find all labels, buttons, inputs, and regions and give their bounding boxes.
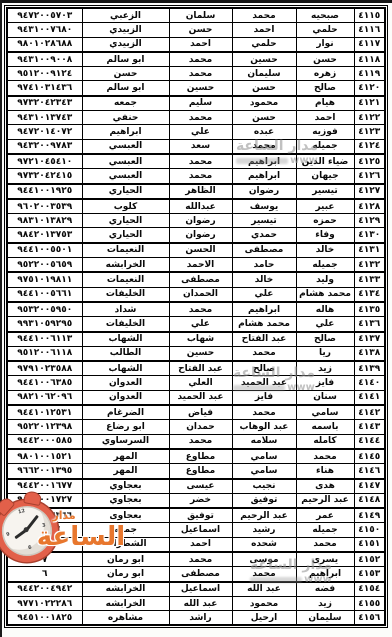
cell-family: الحياري xyxy=(82,228,169,243)
table-row: ٤١٣٩زيدصالحعبد الفتاحالشهاب٩٧٩١٠٢٣٥٨٨ xyxy=(7,361,385,376)
cell-first: عمر xyxy=(296,508,354,523)
cell-grand: الاحمد xyxy=(169,258,232,273)
cell-grand: عبد الحميد xyxy=(169,390,232,405)
cell-phone: ٩٤٤٢٠٠٤٩٤٢ xyxy=(7,582,82,597)
cell-family: الشطرات xyxy=(82,537,169,552)
cell-phone: ٩٨٠١٠٢٨٦٨٨ xyxy=(7,37,82,52)
cell-father: فايز xyxy=(232,390,296,405)
page-left-edge xyxy=(0,0,2,637)
cell-family: بعجاوى xyxy=(82,508,169,523)
cell-family: كلوب xyxy=(82,199,169,214)
cell-first: هيام xyxy=(296,96,354,111)
cell-first: خالد xyxy=(296,243,354,258)
cell-family: شداد xyxy=(82,302,169,317)
cell-family: حسن xyxy=(82,67,169,81)
cell-grand: مصطفى xyxy=(169,272,232,287)
cell-grand: مطاوع xyxy=(169,464,232,479)
cell-phone: ٩٥٢٢٠١٢٣٩٨ xyxy=(7,420,82,434)
cell-phone: ٩٤٥١٠٠١٨٢٥ xyxy=(7,611,82,626)
cell-grand: الحمدان xyxy=(169,287,232,302)
cell-first: احمد xyxy=(296,111,354,125)
cell-grand: علي xyxy=(169,125,232,139)
cell-family: بعجاوي xyxy=(82,479,169,494)
cell-grand: محمد xyxy=(169,434,232,449)
table-row: ٤١٣٢جميلهحامدالاحمدالخرابشه٩٥٢٢٠٠٥٦٥٩ xyxy=(7,258,385,273)
cell-family: العبسي xyxy=(82,154,169,169)
cell-grand: محمد xyxy=(169,67,232,81)
cell-first: وليد xyxy=(296,272,354,287)
cell-phone: ٩٤٤١٠٠٥٦٦١ xyxy=(7,287,82,302)
cell-father: يوسف xyxy=(232,199,296,214)
scanned-page: ٤١١٥صبحيهمحمدسلمانالزعبي٩٤٧٢٠٠٥٧٠٣٤١١٦حل… xyxy=(0,0,392,637)
cell-id: ٤١٥٢ xyxy=(354,552,385,567)
cell-father: محمد xyxy=(232,567,296,582)
cell-first: هدى xyxy=(296,479,354,494)
cell-phone: ٩٥١٢٠٠٩١٢٤ xyxy=(7,67,82,81)
cell-first: ضياء الدين xyxy=(296,154,354,169)
cell-father: ابراهيم xyxy=(232,169,296,184)
cell-phone: ٩ xyxy=(7,537,82,552)
cell-grand: رضوان xyxy=(169,228,232,243)
cell-first: هناء xyxy=(296,464,354,479)
cell-father: خالد xyxy=(232,272,296,287)
cell-phone: ٩٤٤١٠٠٦٣٨٥ xyxy=(7,376,82,390)
cell-family: النعيمات xyxy=(82,272,169,287)
cell-phone: ٩٧٣٢٠٤٢٣٤٣ xyxy=(7,96,82,111)
cell-first: نوار xyxy=(296,37,354,52)
table-row: ٤١٤٨عبد الرحيمتوفيقخضربعجاوي٩٤٠١٠٠١٧٢٧ xyxy=(7,493,385,508)
cell-phone: ٧ xyxy=(7,552,82,567)
cell-grand: مطاوع xyxy=(169,449,232,464)
cell-phone: ٩٨٤٢٠١٣٧٥٣ xyxy=(7,228,82,243)
cell-phone: ٩٦٠٢٠٠٣٥٣٩ xyxy=(7,199,82,214)
cell-family: المهر xyxy=(82,449,169,464)
cell-phone: ٩٧٩١٠٢٣٥٨٨ xyxy=(7,361,82,376)
cell-father: عبده xyxy=(232,125,296,139)
cell-phone: ٩٨٢١٠٦٢٠٩٦ xyxy=(7,390,82,405)
cell-id: ٤١١٧ xyxy=(354,37,385,52)
table-row: ٤١٢٧تيسيررضوانالظاهرالحياري٩٤٤١٠٠١٩٢٥ xyxy=(7,184,385,199)
cell-first: سنان xyxy=(296,390,354,405)
table-row: ٤١١٩زهرهسليمانمحمدحسن٩٥١٢٠٠٩١٢٤ xyxy=(7,67,385,81)
cell-grand: محمد xyxy=(169,552,232,567)
cell-id: ٤١٥٠ xyxy=(354,523,385,537)
cell-family: مشاهره xyxy=(82,611,169,626)
cell-phone: ٩٤٣١٠٠٩٠٠٨ xyxy=(7,52,82,67)
cell-first: صالح xyxy=(296,81,354,96)
cell-first: يسرى xyxy=(296,552,354,567)
cell-first: فضه xyxy=(296,582,354,597)
cell-id: ٤١٣٩ xyxy=(354,361,385,376)
cell-id: ٤١٤٨ xyxy=(354,493,385,508)
cell-father: تيسير xyxy=(232,214,296,228)
cell-grand: مصطفى xyxy=(169,567,232,582)
cell-grand: الظاهر xyxy=(169,184,232,199)
cell-first: محمد xyxy=(296,537,354,552)
table-row: ٤١٤٣باسمهعبد الوهابحمدانابو رضاع٩٥٢٢٠١٢٣… xyxy=(7,420,385,434)
cell-first: عبير xyxy=(296,199,354,214)
cell-phone: ٦ xyxy=(7,567,82,582)
cell-id: ٤١٢٤ xyxy=(354,139,385,154)
cell-grand: رضوان xyxy=(169,214,232,228)
cell-family: الضرغام xyxy=(82,405,169,420)
table-row: ٤١٣٨ريامحمدحسينالطالب٩٥١٢٠٠٦١١٨ xyxy=(7,346,385,361)
cell-father: موسى xyxy=(232,552,296,567)
cell-family: بعجاوي xyxy=(82,493,169,508)
cell-family: العدوان xyxy=(82,390,169,405)
cell-family: الحياري xyxy=(82,184,169,199)
cell-father: صالح xyxy=(232,361,296,376)
cell-first: هاله xyxy=(296,302,354,317)
cell-id: ٤١٢٣ xyxy=(354,125,385,139)
cell-first: عبد الرحيم xyxy=(296,493,354,508)
cell-id: ٤١٤٧ xyxy=(354,479,385,494)
cell-grand: حسين xyxy=(169,81,232,96)
cell-id: ٤١٣٤ xyxy=(354,287,385,302)
cell-family: الخليفات xyxy=(82,317,169,332)
cell-family: ابو سالم xyxy=(82,52,169,67)
cell-id: ٤١٣١ xyxy=(354,243,385,258)
table-row: ٤١١٨حسنحسينمحمدابو سالم٩٤٣١٠٠٩٠٠٨ xyxy=(7,52,385,67)
cell-id: ٤١٤٦ xyxy=(354,464,385,479)
cell-grand: حسين xyxy=(169,346,232,361)
cell-grand: محمد xyxy=(169,169,232,184)
cell-family: الطالب xyxy=(82,346,169,361)
table-row: ٤١١٥صبحيهمحمدسلمانالزعبي٩٤٧٢٠٠٥٧٠٣ xyxy=(7,8,385,23)
table-row: ٤١١٧نوارحلمياحمدالزبيدي٩٨٠١٠٢٨٦٨٨ xyxy=(7,37,385,52)
cell-family: جمعه xyxy=(82,96,169,111)
cell-first: وفاء xyxy=(296,228,354,243)
cell-phone: ٩٤٤١٠١٢٥٣١ xyxy=(7,405,82,420)
cell-id: ٤١٢٧ xyxy=(354,184,385,199)
cell-phone: ٩٨٠١٠٠١٥٢١ xyxy=(7,449,82,464)
cell-id: ٤١١٦ xyxy=(354,23,385,37)
table-row: ٤١٥٣ابراهيممحمدمصطفىابو رمان٦ xyxy=(7,567,385,582)
cell-id: ٤١٢٢ xyxy=(354,111,385,125)
cell-father: حسين xyxy=(232,52,296,67)
cell-father: حلمي xyxy=(232,37,296,52)
cell-grand: توفيق xyxy=(169,508,232,523)
cell-id: ٤١٣٦ xyxy=(354,317,385,332)
cell-id: ٤١٢٠ xyxy=(354,81,385,96)
cell-id: ٤١٤٢ xyxy=(354,405,385,420)
cell-id: ٤١١٩ xyxy=(354,67,385,81)
cell-phone: ٠٠٣٤٧٤ xyxy=(7,523,82,537)
cell-family: الشهاب xyxy=(82,361,169,376)
cell-father: حسن xyxy=(232,111,296,125)
cell-father: سلامه xyxy=(232,434,296,449)
cell-id: ٤١٥٦ xyxy=(354,611,385,626)
cell-father: عبد الحميد xyxy=(232,376,296,390)
table-row: ٤١٣٦عليمحمد هشامعليالخليفات٩٩٣١٠٥٩٢٩٥ xyxy=(7,317,385,332)
table-row: ٤١٢٤جميلهمحمدسعدالعبسي٩٤٣٢٠٠٩٧٨٣ xyxy=(7,139,385,154)
cell-id: ٤١٣٨ xyxy=(354,346,385,361)
cell-first: حمزه xyxy=(296,214,354,228)
table-row: ٤١٢٠صالححسنحسينابو سالم٩٧٤١٠٣١٤٣٦ xyxy=(7,81,385,96)
table-row: ٤١٣١خالدمصطفىالحسنالنعيمات٩٤٤١٠٠٥٥٠١ xyxy=(7,243,385,258)
cell-father: ارحيل xyxy=(232,611,296,626)
cell-grand: راشد xyxy=(169,611,232,626)
cell-first: زيد xyxy=(296,361,354,376)
cell-id: ٤١٢١ xyxy=(354,96,385,111)
cell-grand: حمدان xyxy=(169,420,232,434)
cell-family: الخرابشه xyxy=(82,258,169,273)
cell-phone: ٩٤٠١٠٠١٧٢٧ xyxy=(7,493,82,508)
cell-phone: ٩٧٣٢٠٤٢٤١٥ xyxy=(7,169,82,184)
cell-phone: ٩٥٣٢٠٠٥٩٥٠ xyxy=(7,302,82,317)
cell-father: ابراهيم xyxy=(232,154,296,169)
cell-family: السرساوي xyxy=(82,434,169,449)
cell-family: ابو سالم xyxy=(82,81,169,96)
cell-phone: ٩٧٥١٠١٩٨١١ xyxy=(7,272,82,287)
cell-grand: محمد xyxy=(169,111,232,125)
cell-father: عبد الفتاح xyxy=(232,332,296,347)
cell-father: توفيق xyxy=(232,493,296,508)
cell-family: الزعبي xyxy=(82,8,169,23)
cell-first: جميله xyxy=(296,523,354,537)
cell-father: محمد xyxy=(232,405,296,420)
cell-first: محمد xyxy=(296,449,354,464)
table-row: ٤١٣٤محمد هشامعليالحمدانالخليفات٩٤٤١٠٠٥٦٦… xyxy=(7,287,385,302)
table-row: ٤١٢٨عبيريوسفعبداللهكلوب٩٦٠٢٠٠٣٥٣٩ xyxy=(7,199,385,214)
cell-first: جيهان xyxy=(296,169,354,184)
cell-phone: ٩٤٧٢٠٠٥٧٠٣ xyxy=(7,8,82,23)
cell-first: زيد xyxy=(296,596,354,610)
table-row: ٤١٥٥زيدمحمودعبد اللهالخرابشه٩٧٧١٠٢٢٢٨٦ xyxy=(7,596,385,610)
table-row: ٤١٢٥ضياء الدينابراهيممحمدالعبسي٩٧٢١٠٤٥٤١… xyxy=(7,154,385,169)
table-row: ٤١٤١سنانفايزعبد الحميدالعدوان٩٨٢١٠٦٢٠٩٦ xyxy=(7,390,385,405)
cell-grand: عبد الله xyxy=(169,596,232,610)
cell-first: حلمي xyxy=(296,23,354,37)
cell-father: حامد xyxy=(232,258,296,273)
cell-grand: العلي xyxy=(169,376,232,390)
cell-phone: ٩٤٤١٠٠٦١١٣ xyxy=(7,332,82,347)
table-row: ٤١٥٢يسرىموسىمحمدابو رمان٧ xyxy=(7,552,385,567)
cell-father: نجيب xyxy=(232,479,296,494)
cell-phone: ٩٥١٢٠٠٦١١٨ xyxy=(7,346,82,361)
cell-phone: ٩٧٤١٠٣١٤٣٦ xyxy=(7,81,82,96)
cell-father: ابراهيم xyxy=(232,302,296,317)
cell-phone: ٩٨٣١٠١٣٨٢٩ xyxy=(7,214,82,228)
cell-father: عبد الوهاب xyxy=(232,420,296,434)
registry-table: ٤١١٥صبحيهمحمدسلمانالزعبي٩٤٧٢٠٠٥٧٠٣٤١١٦حل… xyxy=(6,7,386,626)
page-top-edge xyxy=(0,0,392,3)
cell-first: باسمه xyxy=(296,420,354,434)
cell-id: ٤١٣٥ xyxy=(354,302,385,317)
cell-family: العدوان xyxy=(82,376,169,390)
cell-father: عبد الله xyxy=(232,582,296,597)
cell-family: الشهاب xyxy=(82,332,169,347)
table-body: ٤١١٥صبحيهمحمدسلمانالزعبي٩٤٧٢٠٠٥٧٠٣٤١١٦حل… xyxy=(7,8,385,625)
table-row: ٤١٤٥محمدساميمطاوعالمهر٩٨٠١٠٠١٥٢١ xyxy=(7,449,385,464)
table-row: ٤١٥٦سليمانارحيلراشدمشاهره٩٤٥١٠٠١٨٢٥ xyxy=(7,611,385,626)
cell-id: ٤١٤٠ xyxy=(354,376,385,390)
cell-first: ابراهيم xyxy=(296,567,354,582)
cell-first: ريا xyxy=(296,346,354,361)
table-row: ٤١٤٦هناءساميمطاوعالمهر٩٦٦٢٠٠١٣٩٥ xyxy=(7,464,385,479)
cell-id: ٤١٤٩ xyxy=(354,508,385,523)
cell-family: الزبيدي xyxy=(82,37,169,52)
cell-id: ٤١٣٧ xyxy=(354,332,385,347)
cell-father: محمد xyxy=(232,346,296,361)
cell-father: سامي xyxy=(232,449,296,464)
cell-father: محمد xyxy=(232,8,296,23)
cell-id: ٤١٣٢ xyxy=(354,258,385,273)
table-row: ٤١٥١محمدشحدهاحمدالشطرات٩ xyxy=(7,537,385,552)
cell-id: ٤١٥٥ xyxy=(354,596,385,610)
cell-first: علي xyxy=(296,317,354,332)
cell-grand: فياض xyxy=(169,405,232,420)
cell-family: جمعه xyxy=(82,523,169,537)
cell-family: الخليفات xyxy=(82,287,169,302)
cell-grand: اسماعيل xyxy=(169,582,232,597)
cell-grand: محمد xyxy=(169,302,232,317)
table-row: ٤١٢١هياممحمودسليمجمعه٩٧٣٢٠٤٢٣٤٣ xyxy=(7,96,385,111)
cell-first: جميله xyxy=(296,258,354,273)
table-row: ٤١٣٠وفاءحمديرضوانالحياري٩٨٤٢٠١٣٧٥٣ xyxy=(7,228,385,243)
cell-id: ٤١٢٨ xyxy=(354,199,385,214)
cell-grand: عبدالله xyxy=(169,199,232,214)
cell-father: علي xyxy=(232,287,296,302)
cell-first: سامي xyxy=(296,405,354,420)
cell-father: حسن xyxy=(232,81,296,96)
cell-grand: شهاب xyxy=(169,332,232,347)
cell-id: ٤١٤١ xyxy=(354,390,385,405)
cell-father: محمد xyxy=(232,139,296,154)
table-row: ٤١٤٧هدىنجيبعيسىبعجاوي٩٤٤٢٠٠١٦٧٧ xyxy=(7,479,385,494)
cell-family: الخرابشه xyxy=(82,596,169,610)
cell-father: سليمان xyxy=(232,67,296,81)
table-row: ٤١٤٢ساميمحمدفياضالضرغام٩٤٤١٠١٢٥٣١ xyxy=(7,405,385,420)
cell-id: ٤١٣٣ xyxy=(354,272,385,287)
cell-grand: اسماعيل xyxy=(169,523,232,537)
cell-grand: محمد xyxy=(169,154,232,169)
cell-grand: محمد xyxy=(169,52,232,67)
cell-first: فايز xyxy=(296,376,354,390)
table-row: ٤١٣٣وليدخالدمصطفىالنعيمات٩٧٥١٠١٩٨١١ xyxy=(7,272,385,287)
table-row: ٤١٣٧صالحعبد الفتاحشهابالشهاب٩٤٤١٠٠٦١١٣ xyxy=(7,332,385,347)
cell-first: سليمان xyxy=(296,611,354,626)
cell-id: ٤١٢٩ xyxy=(354,214,385,228)
cell-phone: ٩٤٤٢٠٠١٦٧٧ xyxy=(7,479,82,494)
cell-id: ٤١٥٣ xyxy=(354,567,385,582)
cell-father: رشيد xyxy=(232,523,296,537)
cell-father: محمود xyxy=(232,596,296,610)
table-row: ٤١٣٥هالهابراهيممحمدشداد٩٥٣٢٠٠٥٩٥٠ xyxy=(7,302,385,317)
cell-id: ٤١٥٤ xyxy=(354,582,385,597)
cell-grand: خضر xyxy=(169,493,232,508)
cell-family: حنفي xyxy=(82,111,169,125)
cell-phone: ٩٩٣١٠٥٩٢٩٥ xyxy=(7,317,82,332)
cell-first: صبحيه xyxy=(296,8,354,23)
cell-first: تيسير xyxy=(296,184,354,199)
cell-first: محمد هشام xyxy=(296,287,354,302)
cell-phone: ٩٥٢٢٠٠٥٦٥٩ xyxy=(7,258,82,273)
cell-family: ابو رمان xyxy=(82,552,169,567)
cell-phone: ٩٤٤١٠٠٥٥٠١ xyxy=(7,243,82,258)
cell-father: سامي xyxy=(232,464,296,479)
cell-phone: ٩٧٢١٠٤٥٤١٠ xyxy=(7,154,82,169)
cell-grand: الحسن xyxy=(169,243,232,258)
cell-grand: سلمان xyxy=(169,8,232,23)
cell-phone: ٩٤٧٢٠١٤٠٧٢ xyxy=(7,125,82,139)
cell-first: كامله xyxy=(296,434,354,449)
cell-father: عبد الرحيم xyxy=(232,508,296,523)
cell-family: المهر xyxy=(82,464,169,479)
cell-family: ابو رمان xyxy=(82,567,169,582)
cell-father: محمود xyxy=(232,96,296,111)
table-row: ٤١٤٠فايزعبد الحميدالعليالعدوان٩٤٤١٠٠٦٣٨٥ xyxy=(7,376,385,390)
cell-id: ٤١٢٦ xyxy=(354,169,385,184)
cell-id: ٤١٣٠ xyxy=(354,228,385,243)
cell-phone: ٩٤٤١٠٠١٩٢٥ xyxy=(7,184,82,199)
cell-id: ٤١١٥ xyxy=(354,8,385,23)
cell-father: محمد هشام xyxy=(232,317,296,332)
cell-family: ابو رضاع xyxy=(82,420,169,434)
cell-family: النعيمات xyxy=(82,243,169,258)
cell-grand: سعد xyxy=(169,139,232,154)
cell-family: العبسي xyxy=(82,169,169,184)
cell-id: ٤١٤٣ xyxy=(354,420,385,434)
cell-phone: ٩٤٣١٠١٣٧٤٣ xyxy=(7,111,82,125)
cell-father: حمدي xyxy=(232,228,296,243)
cell-phone: ٩٤٣٢٠٠٩٧٨٣ xyxy=(7,139,82,154)
cell-phone: ٩٦٦٢٠٠١٣٩٥ xyxy=(7,464,82,479)
cell-id: ٤١١٨ xyxy=(354,52,385,67)
table-row: ٤١٢٢احمدحسنمحمدحنفي٩٤٣١٠١٣٧٤٣ xyxy=(7,111,385,125)
cell-family: العبسي xyxy=(82,139,169,154)
cell-id: ٤١٤٥ xyxy=(354,449,385,464)
table-row: ٤١٤٤كاملهسلامهمحمدالسرساوي٩٤٤٢٠٠٠٥٨٥ xyxy=(7,434,385,449)
cell-phone: ٩٤٤٢٠٠٠٥٨٥ xyxy=(7,434,82,449)
cell-grand: سليم xyxy=(169,96,232,111)
cell-father: مصطفى xyxy=(232,243,296,258)
cell-family: الخرابشه xyxy=(82,582,169,597)
cell-father: رضوان xyxy=(232,184,296,199)
table-row: ٤١١٦حلمياحمدحسنالزبيدي٩٤٣١٠٠٧٦٨٠ xyxy=(7,23,385,37)
cell-first: جميله xyxy=(296,139,354,154)
cell-family: ابراهيم xyxy=(82,125,169,139)
cell-first: زهره xyxy=(296,67,354,81)
cell-grand: عيسى xyxy=(169,479,232,494)
cell-grand: احمد xyxy=(169,537,232,552)
table-row: ٤١٢٦جيهانابراهيممحمدالعبسي٩٧٣٢٠٤٢٤١٥ xyxy=(7,169,385,184)
table-row: ٤١٥٤فضهعبد اللهاسماعيلالخرابشه٩٤٤٢٠٠٤٩٤٢ xyxy=(7,582,385,597)
cell-first: فوزيه xyxy=(296,125,354,139)
cell-id: ٤١٥١ xyxy=(354,537,385,552)
cell-father: شحده xyxy=(232,537,296,552)
cell-phone: ٩٧٤١٠٠٦٣٦٦ xyxy=(7,508,82,523)
cell-grand: عبد الفتاح xyxy=(169,361,232,376)
cell-first: صالح xyxy=(296,332,354,347)
cell-father: احمد xyxy=(232,23,296,37)
table-row: ٤١٤٩عمرعبد الرحيمتوفيقبعجاوى٩٧٤١٠٠٦٣٦٦ xyxy=(7,508,385,523)
cell-family: الزبيدي xyxy=(82,23,169,37)
table-row: ٤١٢٩حمزهتيسيررضوانالحياري٩٨٣١٠١٣٨٢٩ xyxy=(7,214,385,228)
cell-family: الحياري xyxy=(82,214,169,228)
cell-grand: حسن xyxy=(169,23,232,37)
cell-first: حسن xyxy=(296,52,354,67)
cell-phone: ٩٧٧١٠٢٢٢٨٦ xyxy=(7,596,82,610)
table-row: ٤١٢٣فوزيهعبدهعليابراهيم٩٤٧٢٠١٤٠٧٢ xyxy=(7,125,385,139)
cell-phone: ٩٤٣١٠٠٧٦٨٠ xyxy=(7,23,82,37)
cell-id: ٤١٢٥ xyxy=(354,154,385,169)
table-row: ٤١٥٠جميلهرشيداسماعيلجمعه٠٠٣٤٧٤ xyxy=(7,523,385,537)
cell-id: ٤١٤٤ xyxy=(354,434,385,449)
cell-grand: احمد xyxy=(169,37,232,52)
cell-grand: علي xyxy=(169,317,232,332)
